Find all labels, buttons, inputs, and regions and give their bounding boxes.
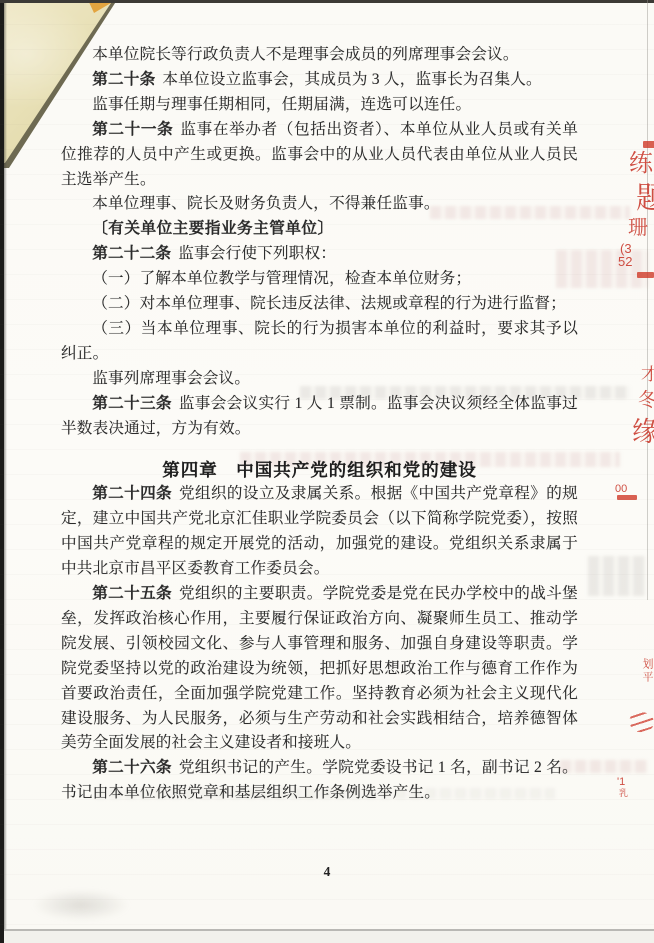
article-number: 第二十五条 — [92, 585, 172, 602]
article-paragraph: （一）了解本单位教学与管理情况，检查本单位财务； — [61, 267, 578, 292]
paragraph-text: 本单位设立监事会，其成员为 3 人，监事长为召集人。 — [162, 71, 541, 88]
stamp-fragment: 练 — [629, 152, 653, 176]
article-paragraph: 第二十四条党组织的设立及隶属关系。根据《中国共产党章程》的规定，建立中国共产党北… — [61, 482, 578, 582]
article-paragraph: 本单位理事、院长及财务负责人，不得兼任监事。 — [61, 192, 578, 217]
article-number: 第二十一条 — [92, 121, 173, 138]
article-paragraph: 第二十三条监事会会议实行 1 人 1 票制。监事会决议须经全体监事过半数表决通过… — [61, 392, 578, 442]
article-paragraph: 〔有关单位主要指业务主管单位〕 — [61, 217, 578, 242]
scanned-page: 本单位院长等行政负责人不是理事会成员的列席理事会会议。第二十条本单位设立监事会，… — [0, 0, 654, 943]
chapter-heading: 第四章 中国共产党的组织和党的建设 — [61, 458, 578, 483]
paragraph-text: 本单位理事、院长及财务负责人，不得兼任监事。 — [92, 195, 439, 212]
stamp-fragment: 划平 — [641, 658, 652, 684]
stamp-fragment: 珊 — [628, 218, 648, 238]
stamp-fragment: 00 — [615, 484, 627, 495]
scan-smudge — [16, 884, 146, 926]
stamp-fragment: 冬 — [638, 391, 654, 410]
stamp-fragment: 52 — [618, 255, 632, 268]
scan-edge-bottom-area — [4, 931, 654, 943]
article-number: 第二十三条 — [92, 395, 172, 412]
article-paragraph: 监事任期与理事任期相同，任期届满，连选可以连任。 — [61, 93, 578, 118]
paragraph-text: （一）了解本单位教学与管理情况，检查本单位财务； — [92, 270, 471, 287]
stamp-fragment — [629, 711, 654, 733]
article-paragraph: 第二十六条党组织书记的产生。学院党委设书记 1 名，副书记 2 名。书记由本单位… — [61, 756, 578, 806]
stamp-fragment: 乳 — [619, 789, 628, 798]
article-paragraph: 第二十二条监事会行使下列职权： — [61, 242, 578, 267]
stamp-fragment: 题 — [636, 184, 654, 214]
stamp-fragment — [643, 141, 654, 148]
article-number: 第二十四条 — [92, 485, 172, 502]
paragraph-text: 监事会行使下列职权： — [178, 245, 336, 262]
stamp-fragment: '1 — [617, 777, 625, 788]
scan-edge-left-soft — [4, 0, 7, 943]
stamp-fragment — [637, 272, 654, 278]
article-number: 第二十六条 — [92, 759, 172, 776]
article-paragraph: （三）当本单位理事、院长的行为损害本单位的利益时，要求其予以纠正。 — [61, 317, 578, 367]
paper-edge-right — [647, 0, 648, 600]
paragraph-text: 本单位院长等行政负责人不是理事会成员的列席理事会会议。 — [92, 46, 518, 63]
bleed-through-mark — [588, 556, 646, 596]
stamp-fragment: 才 — [641, 366, 654, 383]
paragraph-text: 监事任期与理事任期相同，任期届满，连选可以连任。 — [92, 96, 471, 113]
paragraph-text: （二）对本单位理事、院长违反法律、法规或章程的行为进行监督； — [92, 295, 566, 312]
paragraph-text: 党组织的主要职责。学院党委是党在民办学校中的战斗堡垒，发挥政治核心作用，主要履行… — [61, 585, 578, 751]
paragraph-text: （三）当本单位理事、院长的行为损害本单位的利益时，要求其予以纠正。 — [61, 320, 578, 362]
paragraph-text: 监事列席理事会会议。 — [92, 370, 250, 387]
article-paragraph: 监事列席理事会会议。 — [61, 367, 578, 392]
article-paragraph: 本单位院长等行政负责人不是理事会成员的列席理事会会议。 — [61, 43, 578, 68]
article-paragraph: 第二十五条党组织的主要职责。学院党委是党在民办学校中的战斗堡垒，发挥政治核心作用… — [61, 582, 578, 756]
document-body: 本单位院长等行政负责人不是理事会成员的列席理事会会议。第二十条本单位设立监事会，… — [61, 43, 578, 806]
paragraph-text: 〔有关单位主要指业务主管单位〕 — [92, 220, 333, 237]
article-paragraph: 第二十一条监事在举办者（包括出资者）、本单位从业人员或有关单位推荐的人员中产生或… — [61, 118, 578, 193]
article-number: 第二十二条 — [92, 245, 171, 262]
article-number: 第二十条 — [92, 71, 155, 88]
article-paragraph: 第二十条本单位设立监事会，其成员为 3 人，监事长为召集人。 — [61, 68, 578, 93]
stamp-fragment — [617, 495, 637, 500]
page-number: 4 — [0, 864, 654, 880]
scan-edge-top — [0, 0, 654, 3]
article-paragraph: （二）对本单位理事、院长违反法律、法规或章程的行为进行监督； — [61, 292, 578, 317]
stamp-fragment: 缘 — [632, 419, 654, 446]
